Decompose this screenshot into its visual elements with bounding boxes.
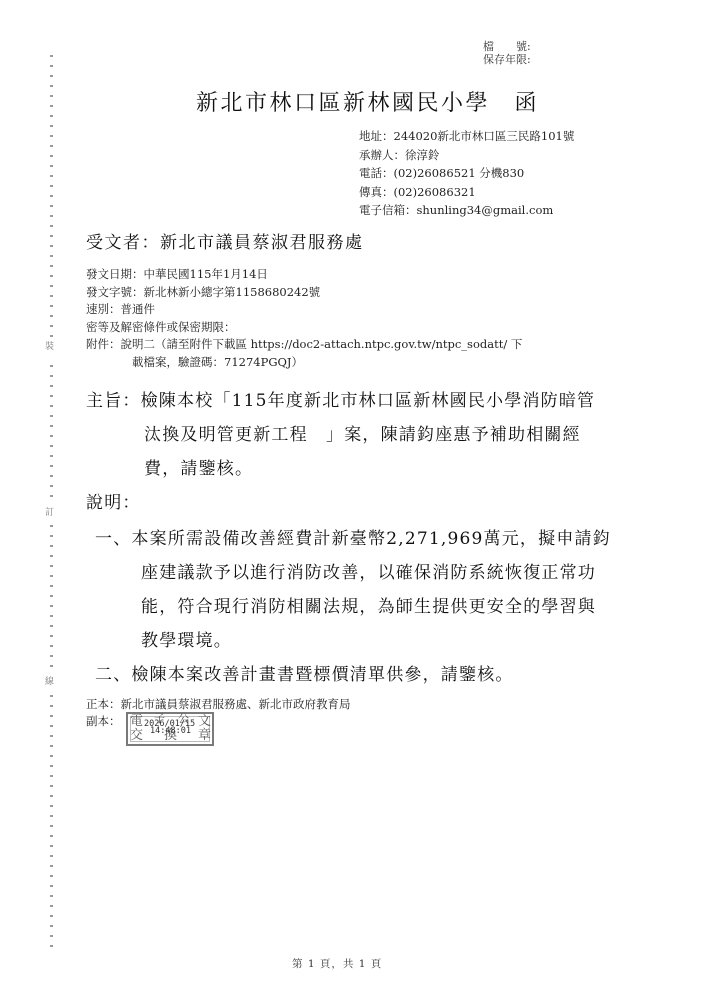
binding-dot (50, 945, 53, 947)
binding-dot (50, 145, 53, 147)
binding-dot (50, 535, 53, 537)
binding-dot (50, 875, 53, 877)
subject-line-2: 汰換及明管更新工程 」案，陳請鈞座惠予補助相關經 (86, 418, 595, 452)
secrecy-level: 密等及解密條件或保密期限： (86, 319, 522, 337)
email: 電子信箱：shunling34@gmail.com (359, 201, 574, 220)
stamp-char: 電 (130, 715, 143, 729)
binding-dot (50, 315, 53, 317)
binding-dot (50, 475, 53, 477)
binding-dot (50, 385, 53, 387)
binding-dot (50, 905, 53, 907)
binding-label-zhuang: 裝 (45, 342, 54, 353)
file-number-label: 檔 號: (483, 40, 531, 53)
binding-dot (50, 285, 53, 287)
binding-dot (50, 585, 53, 587)
binding-dot (50, 885, 53, 887)
binding-dot (50, 645, 53, 647)
binding-dot (50, 85, 53, 87)
binding-dot (50, 915, 53, 917)
binding-dot (50, 855, 53, 857)
binding-dot (50, 175, 53, 177)
binding-dot (50, 725, 53, 727)
explanation-body: 一、本案所需設備改善經費計新臺幣2,271,969萬元，擬申請鈞 座建議款予以進… (95, 522, 611, 692)
binding-dot (50, 575, 53, 577)
archive-info: 檔 號: 保存年限: (483, 40, 531, 66)
binding-dot (50, 205, 53, 207)
binding-dot (50, 325, 53, 327)
document-meta: 發文日期：中華民國115年1月14日 發文字號：新北林新小總字第11586802… (86, 266, 522, 371)
binding-dot (50, 625, 53, 627)
binding-dot (50, 635, 53, 637)
binding-dot (50, 825, 53, 827)
binding-dot (50, 815, 53, 817)
binding-dot (50, 755, 53, 757)
binding-dot (50, 155, 53, 157)
phone: 電話：(02)26086521 分機830 (359, 164, 574, 183)
binding-dot (50, 925, 53, 927)
binding-margin: 裝 訂 線 (49, 50, 55, 960)
document-number: 發文字號：新北林新小總字第1158680242號 (86, 284, 522, 302)
binding-dot (50, 845, 53, 847)
binding-dot (50, 615, 53, 617)
binding-dot (50, 435, 53, 437)
binding-dot (50, 745, 53, 747)
delivery-speed: 速別：普通件 (86, 301, 522, 319)
binding-dot (50, 695, 53, 697)
binding-dot (50, 255, 53, 257)
original-recipients: 正本：新北市議員蔡淑君服務處、新北市政府教育局 (86, 696, 351, 713)
contact-block: 地址：244020新北市林口區三民路101號 承辦人：徐淳鈴 電話：(02)26… (359, 127, 574, 220)
binding-dot (50, 735, 53, 737)
attachment-line-2: 載檔案，驗證碼：71274PGQJ） (86, 354, 522, 372)
binding-dot (50, 455, 53, 457)
attachment-line-1[interactable]: 附件：說明二（請至附件下載區 https://doc2-attach.ntpc.… (86, 336, 522, 354)
binding-dot (50, 665, 53, 667)
subject-line-1: 主旨：檢陳本校「115年度新北市林口區新林國民小學消防暗管 (86, 384, 595, 418)
stamp-char: 章 (198, 729, 211, 743)
binding-dot (50, 335, 53, 337)
binding-dot (50, 95, 53, 97)
binding-dot (50, 595, 53, 597)
binding-dot (50, 605, 53, 607)
binding-dot (50, 835, 53, 837)
document-title: 新北市林口區新林國民小學 函 (196, 86, 539, 117)
binding-dot (50, 65, 53, 67)
e-document-exchange-stamp: 電 子 公 文 交 換 章 2026/01/15 14:48:01 (126, 712, 214, 746)
binding-dot (50, 195, 53, 197)
stamp-time: 14:48:01 (150, 727, 191, 735)
binding-dot (50, 235, 53, 237)
binding-dot (50, 705, 53, 707)
binding-dot (50, 405, 53, 407)
binding-label-xian: 線 (45, 677, 54, 688)
binding-dot (50, 185, 53, 187)
binding-dot (50, 795, 53, 797)
stamp-char: 交 (130, 729, 143, 743)
binding-dot (50, 485, 53, 487)
binding-dot (50, 125, 53, 127)
binding-dot (50, 275, 53, 277)
explanation-item-1-line-4: 教學環境。 (95, 624, 611, 658)
page-footer: 第 1 頁，共 1 頁 (292, 956, 382, 971)
binding-dot (50, 375, 53, 377)
explanation-heading: 說明： (86, 488, 141, 513)
binding-dot (50, 295, 53, 297)
binding-dot (50, 365, 53, 367)
recipient: 受文者：新北市議員蔡淑君服務處 (86, 228, 364, 253)
explanation-item-2-line-1: 二、檢陳本案改善計畫書暨標價清單供參，請鑒核。 (95, 658, 611, 692)
explanation-item-1-line-3: 能，符合現行消防相關法規，為師生提供更安全的學習與 (95, 590, 611, 624)
binding-dot (50, 415, 53, 417)
binding-dot (50, 115, 53, 117)
binding-dot (50, 105, 53, 107)
handler: 承辦人：徐淳鈴 (359, 146, 574, 165)
binding-dot (50, 425, 53, 427)
binding-dot (50, 165, 53, 167)
binding-dot (50, 215, 53, 217)
binding-dot (50, 785, 53, 787)
binding-dot (50, 865, 53, 867)
binding-dot (50, 775, 53, 777)
binding-dot (50, 765, 53, 767)
binding-dot (50, 225, 53, 227)
binding-dot (50, 805, 53, 807)
binding-dot (50, 715, 53, 717)
binding-dot (50, 565, 53, 567)
binding-label-ding: 訂 (45, 508, 54, 519)
binding-dot (50, 395, 53, 397)
binding-dot (50, 305, 53, 307)
binding-dot (50, 445, 53, 447)
binding-dot (50, 525, 53, 527)
binding-dot (50, 555, 53, 557)
subject-line-3: 費，請鑒核。 (86, 452, 595, 486)
binding-dot (50, 245, 53, 247)
binding-dot (50, 265, 53, 267)
binding-dot (50, 545, 53, 547)
binding-dot (50, 655, 53, 657)
binding-dot (50, 935, 53, 937)
binding-dot (50, 135, 53, 137)
explanation-item-1-line-1: 一、本案所需設備改善經費計新臺幣2,271,969萬元，擬申請鈞 (95, 522, 611, 556)
stamp-char: 文 (198, 715, 211, 729)
binding-dot (50, 495, 53, 497)
issue-date: 發文日期：中華民國115年1月14日 (86, 266, 522, 284)
binding-dot (50, 55, 53, 57)
subject: 主旨：檢陳本校「115年度新北市林口區新林國民小學消防暗管 汰換及明管更新工程 … (86, 384, 595, 486)
binding-dot (50, 75, 53, 77)
binding-dot (50, 465, 53, 467)
binding-dot (50, 895, 53, 897)
fax: 傳真：(02)26086321 (359, 183, 574, 202)
retention-period-label: 保存年限: (483, 53, 531, 66)
address: 地址：244020新北市林口區三民路101號 (359, 127, 574, 146)
explanation-item-1-line-2: 座建議款予以進行消防改善，以確保消防系統恢復正常功 (95, 556, 611, 590)
